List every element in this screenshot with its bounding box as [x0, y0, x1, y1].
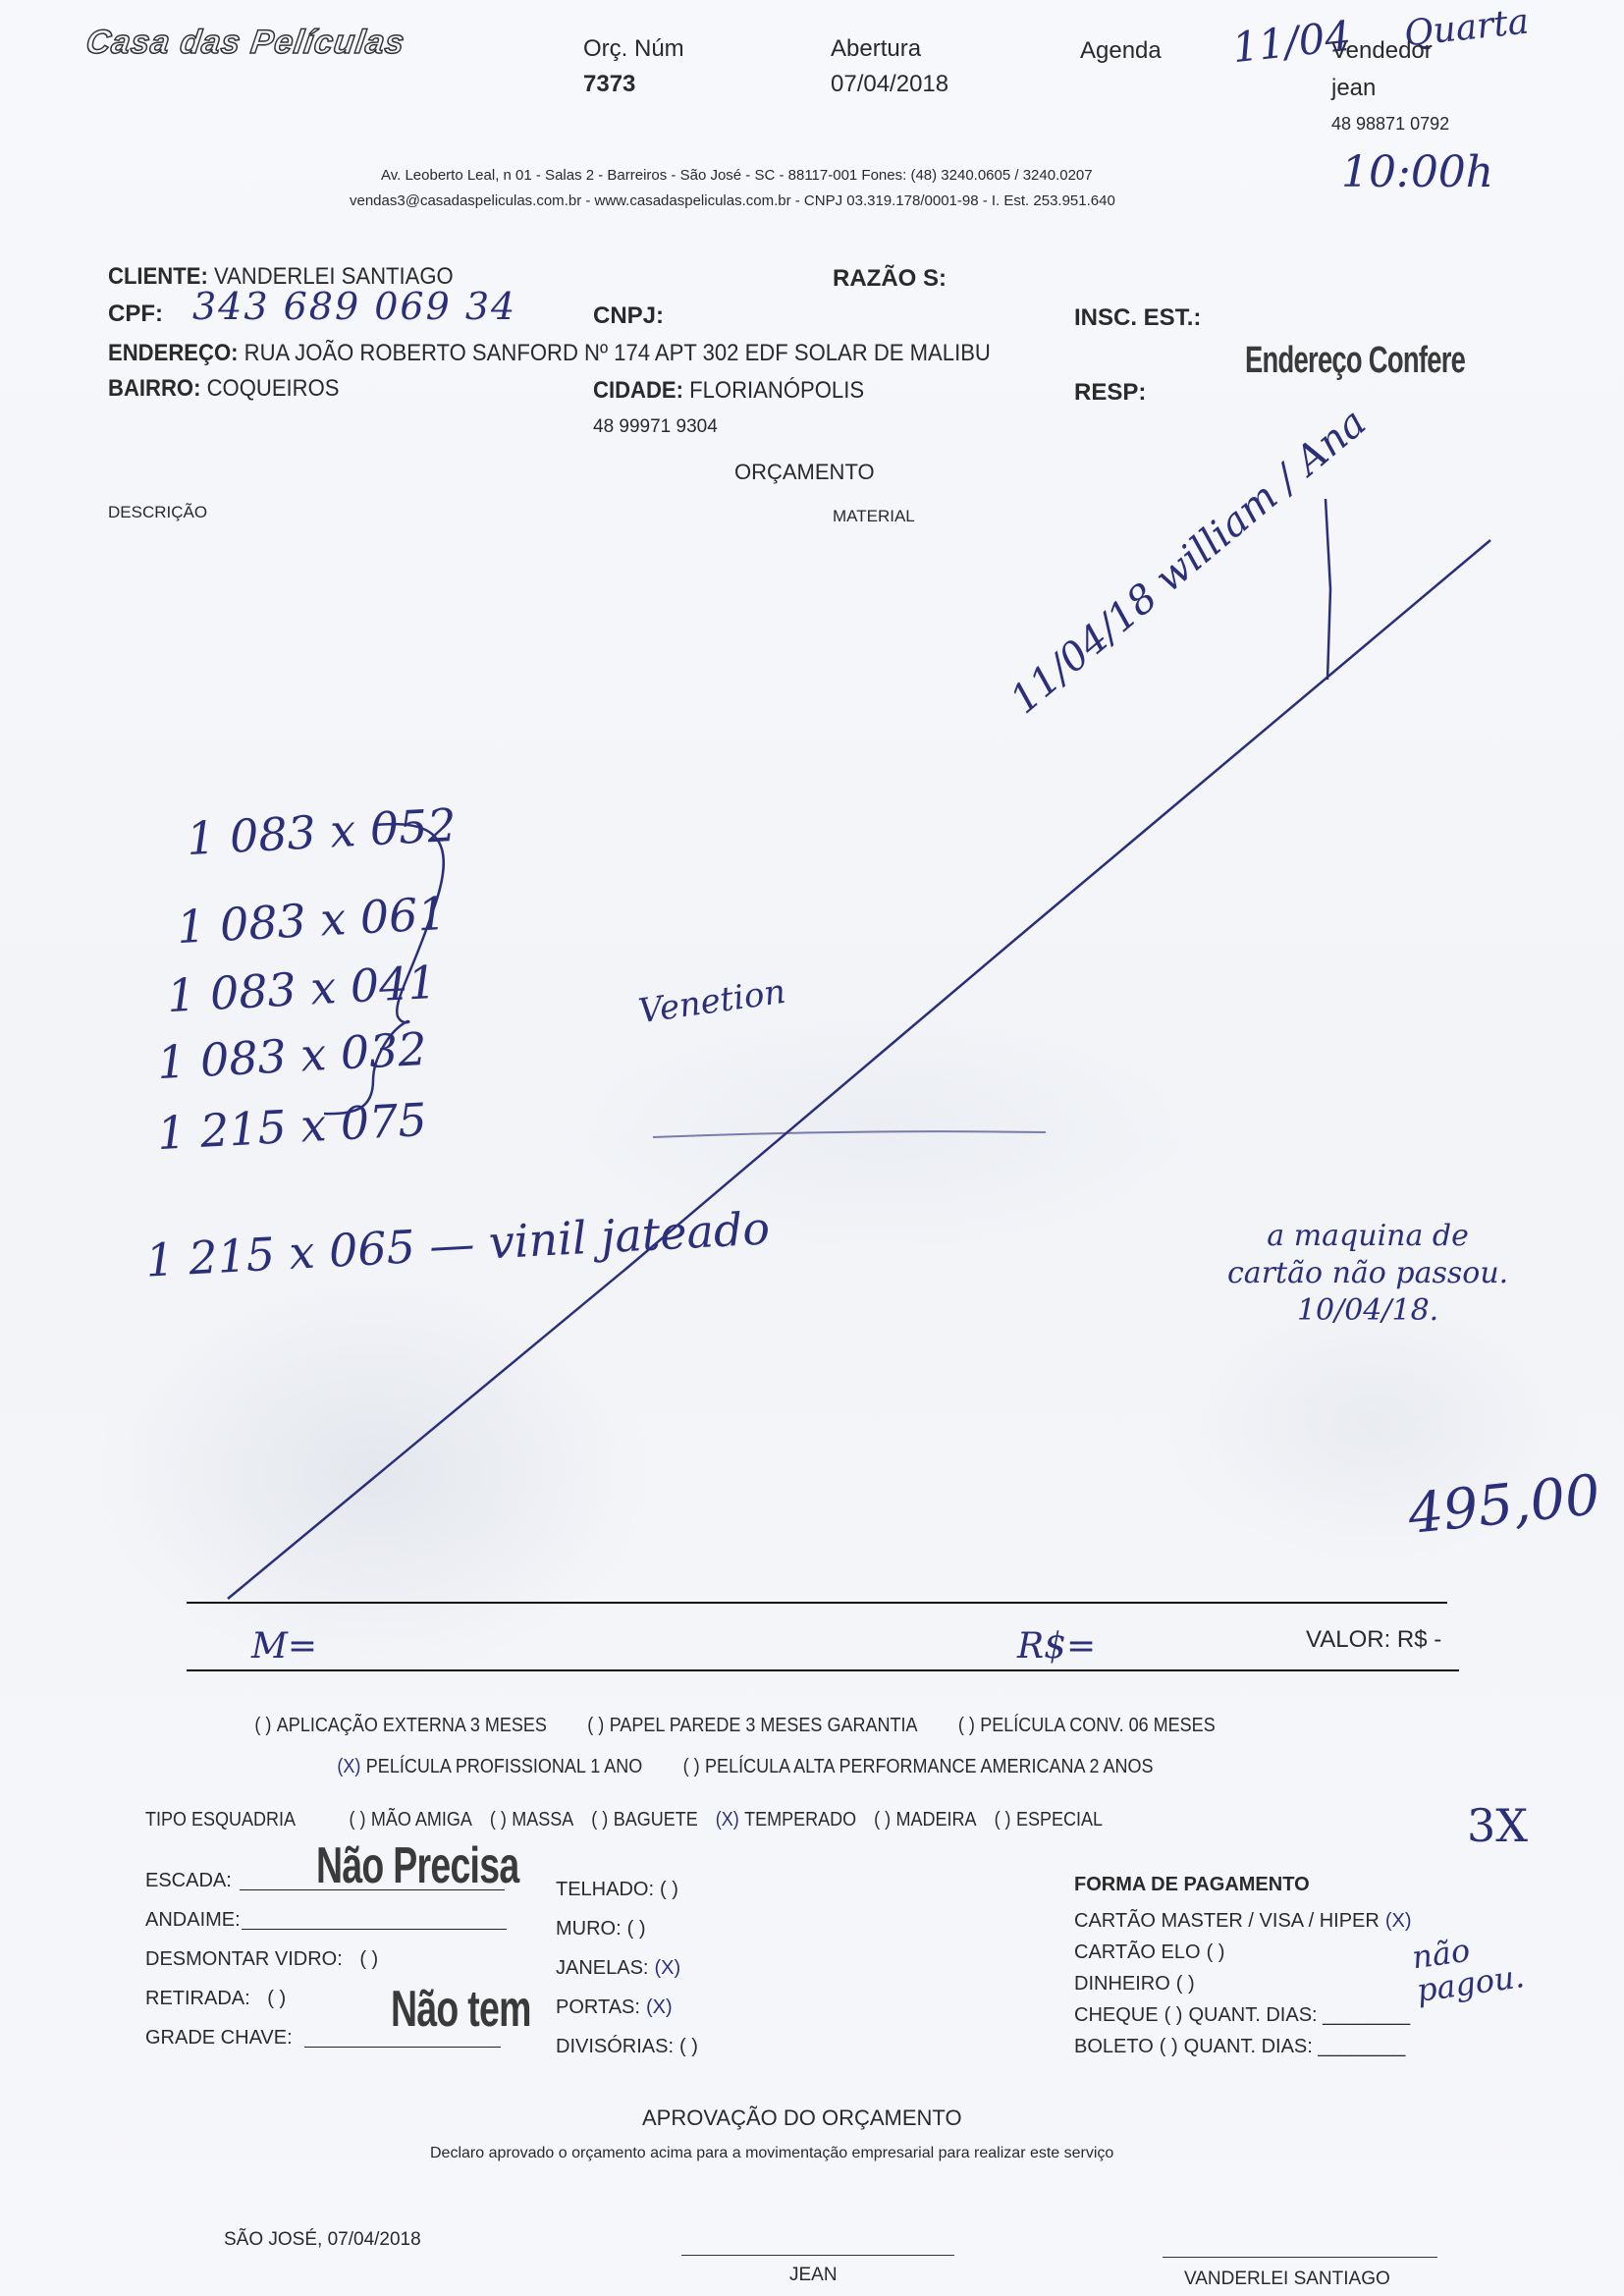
not-paid-note-handwritten: não pagou. — [1410, 1921, 1565, 2007]
janelas-label: JANELAS: — [556, 1957, 648, 1979]
approval-statement: Declaro aprovado o orçamento acima para … — [430, 2145, 1113, 2162]
installments-handwritten: 3X — [1467, 1799, 1528, 1852]
retirada-checkbox[interactable]: ( ) — [267, 1988, 286, 2009]
divisorias-checkbox[interactable]: ( ) — [679, 2036, 698, 2057]
resp-label: RESP: — [1074, 379, 1146, 407]
material-header: MATERIAL — [833, 507, 915, 526]
telhado-row: TELHADO:( ) — [556, 1870, 704, 1909]
divisorias-label: DIVISÓRIAS: — [556, 2036, 674, 2057]
andaime-line — [242, 1929, 507, 1930]
warranty-options-row-2: (X)PELÍCULA PROFISSIONAL 1 ANO( )PELÍCUL… — [332, 1756, 1189, 1778]
seller-signature-line — [681, 2255, 954, 2256]
esquadria-option: ( )MASSA — [484, 1809, 573, 1831]
warranty-checkbox[interactable]: (X) — [337, 1756, 360, 1777]
client-signature-name: VANDERLEI SANTIAGO — [1184, 2269, 1390, 2290]
payment-card-elo-label: CARTÃO ELO — [1074, 1941, 1201, 1963]
divisorias-row: DIVISÓRIAS:( ) — [556, 2027, 704, 2066]
card-note-line-3: 10/04/18. — [1227, 1292, 1508, 1330]
abertura-label: Abertura — [831, 35, 921, 63]
cidade-row: CIDADE: FLORIANÓPOLIS — [593, 377, 864, 405]
handwritten-item: 1 083 x 061 — [176, 887, 448, 954]
quant-dias-field[interactable]: QUANT. DIAS: ________ — [1188, 2004, 1410, 2026]
warranty-option-label: PELÍCULA CONV. 06 MESES — [980, 1715, 1215, 1736]
esquadria-option-label: MÃO AMIGA — [371, 1809, 472, 1831]
insc-est-label: INSC. EST.: — [1074, 304, 1201, 332]
payment-card-elo: CARTÃO ELO( ) — [1074, 1937, 1417, 1968]
muro-label: MURO: — [556, 1918, 622, 1940]
handwritten-item: 1 083 x 041 — [166, 956, 438, 1022]
grade-chave-line — [304, 2047, 501, 2048]
payment-cheque-label: CHEQUE — [1074, 2004, 1159, 2026]
handwritten-item: 1 215 x 075 — [156, 1093, 428, 1160]
handwritten-item: 1 215 x 065 — vinil jateado — [144, 1201, 771, 1286]
underline-stroke — [653, 1131, 1046, 1137]
warranty-checkbox[interactable]: ( ) — [587, 1715, 604, 1736]
cpf-handwritten: 343 689 069 34 — [192, 285, 516, 328]
document-page: Casa das Películas Orç. Núm 7373 Abertur… — [0, 0, 1624, 2296]
divider-line — [187, 1669, 1459, 1671]
esquadria-checkbox[interactable]: ( ) — [995, 1809, 1011, 1831]
seller-signature-name: JEAN — [789, 2265, 838, 2286]
telhado-label: TELHADO: — [556, 1879, 654, 1900]
payment-card-master-checkbox[interactable]: (X) — [1385, 1910, 1412, 1932]
company-address: Av. Leoberto Leal, n 01 - Salas 2 - Barr… — [381, 167, 1093, 184]
payment-title: FORMA DE PAGAMENTO — [1074, 1874, 1310, 1896]
warranty-checkbox[interactable]: ( ) — [683, 1756, 700, 1777]
escada-label: ESCADA: — [145, 1870, 232, 1892]
card-note-handwritten: a maquina de cartão não passou. 10/04/18… — [1227, 1218, 1508, 1330]
nao-precisa-stamp: Não Precisa — [316, 1836, 518, 1895]
portas-row: PORTAS:(X) — [556, 1988, 704, 2027]
bairro-row: BAIRRO: COQUEIROS — [108, 375, 340, 403]
cnpj-label: CNPJ: — [593, 302, 664, 330]
bairro-value: COQUEIROS — [207, 375, 340, 402]
total-handwritten: 495,00 — [1405, 1463, 1603, 1547]
esquadria-option: ( )MÃO AMIGA — [344, 1809, 472, 1831]
portas-checkbox[interactable]: (X) — [646, 1996, 673, 2018]
esquadria-option: (X)TEMPERADO — [710, 1809, 856, 1831]
payment-cash-checkbox[interactable]: ( ) — [1176, 1973, 1195, 1995]
grade-chave-label: GRADE CHAVE: — [145, 2027, 293, 2050]
warranty-option: (X)PELÍCULA PROFISSIONAL 1 ANO — [332, 1756, 642, 1777]
janelas-row: JANELAS:(X) — [556, 1948, 704, 1988]
quant-dias-field[interactable]: QUANT. DIAS: ________ — [1184, 2036, 1406, 2057]
schedule-time-handwritten: 10:00h — [1341, 147, 1493, 197]
valor-label: VALOR: R$ - — [1306, 1626, 1441, 1654]
bracket-material-handwritten: Venetion — [636, 972, 788, 1032]
esquadria-option-label: MADEIRA — [896, 1809, 977, 1831]
signoff-handwritten: 11/04/18 william / Ana — [1001, 400, 1375, 723]
divider-line — [187, 1602, 1447, 1604]
payment-methods: CARTÃO MASTER / VISA / HIPER(X)CARTÃO EL… — [1074, 1905, 1417, 2062]
esquadria-option-label: ESPECIAL — [1016, 1809, 1103, 1831]
endereco-row: ENDEREÇO: RUA JOÃO ROBERTO SANFORD Nº 17… — [108, 340, 991, 367]
esquadria-option-label: MASSA — [512, 1809, 573, 1831]
vendedor-name: jean — [1331, 75, 1376, 102]
payment-boleto-label: BOLETO — [1074, 2036, 1154, 2057]
warranty-option: ( )PELÍCULA CONV. 06 MESES — [952, 1715, 1215, 1736]
vendedor-label: Vendedor — [1331, 37, 1433, 65]
janelas-checkbox[interactable]: (X) — [654, 1957, 680, 1979]
warranty-checkbox[interactable]: ( ) — [958, 1715, 975, 1736]
warranty-option-label: PELÍCULA PROFISSIONAL 1 ANO — [366, 1756, 642, 1777]
telhado-checkbox[interactable]: ( ) — [660, 1879, 678, 1900]
desmontar-vidro-checkbox[interactable]: ( ) — [359, 1948, 378, 1970]
company-contact: vendas3@casadaspeliculas.com.br - www.ca… — [350, 192, 1115, 209]
endereco-label: ENDEREÇO: — [108, 340, 238, 366]
payment-boleto-checkbox[interactable]: ( ) — [1160, 2036, 1178, 2057]
esquadria-option-label: TEMPERADO — [744, 1809, 856, 1831]
payment-cheque: CHEQUE( )QUANT. DIAS: ________ — [1074, 1999, 1417, 2031]
endereco-confere-stamp: Endereço Confere — [1245, 340, 1465, 382]
payment-card-master-label: CARTÃO MASTER / VISA / HIPER — [1074, 1910, 1380, 1932]
card-note-line-1: a maquina de — [1227, 1218, 1508, 1255]
warranty-option: ( )PELÍCULA ALTA PERFORMANCE AMERICANA 2… — [677, 1756, 1153, 1777]
endereco-value: RUA JOÃO ROBERTO SANFORD Nº 174 APT 302 … — [244, 340, 991, 366]
esquadria-option-label: BAGUETE — [614, 1809, 698, 1831]
tipo-esquadria-label: TIPO ESQUADRIA — [145, 1809, 295, 1831]
payment-cash-label: DINHEIRO — [1074, 1973, 1170, 1995]
payment-boleto: BOLETO( )QUANT. DIAS: ________ — [1074, 2031, 1417, 2062]
company-logo: Casa das Películas — [83, 24, 407, 62]
payment-cash: DINHEIRO( ) — [1074, 1968, 1417, 1999]
cidade-label: CIDADE: — [593, 377, 683, 404]
esquadria-option: ( )BAGUETE — [586, 1809, 698, 1831]
warranty-option-label: APLICAÇÃO EXTERNA 3 MESES — [277, 1715, 547, 1736]
muro-checkbox[interactable]: ( ) — [627, 1918, 646, 1940]
approval-title: APROVAÇÃO DO ORÇAMENTO — [642, 2105, 962, 2131]
desmontar-vidro-row: DESMONTAR VIDRO: ( ) — [145, 1948, 378, 1971]
warranty-option-label: PAPEL PAREDE 3 MESES GARANTIA — [610, 1715, 918, 1736]
warranty-checkbox[interactable]: ( ) — [254, 1715, 271, 1736]
retirada-label: RETIRADA: — [145, 1988, 250, 2009]
esquadria-checkbox[interactable]: ( ) — [490, 1809, 507, 1831]
esquadria-checkbox[interactable]: ( ) — [349, 1809, 365, 1831]
abertura-value: 07/04/2018 — [831, 71, 948, 98]
handwritten-item: 1 083 x 052 — [186, 798, 458, 865]
esquadria-option: ( )ESPECIAL — [989, 1809, 1103, 1831]
retirada-row: RETIRADA: ( ) — [145, 1988, 286, 2010]
desmontar-vidro-label: DESMONTAR VIDRO: — [145, 1948, 343, 1970]
m-label-handwritten: M= — [251, 1626, 317, 1667]
handwritten-item: 1 083 x 032 — [156, 1022, 428, 1089]
payment-card-master: CARTÃO MASTER / VISA / HIPER(X) — [1074, 1905, 1417, 1937]
payment-cheque-checkbox[interactable]: ( ) — [1164, 2004, 1183, 2026]
client-signature-line — [1163, 2257, 1437, 2258]
orc-num-value: 7373 — [583, 71, 635, 98]
esquadria-checkbox[interactable]: (X) — [716, 1809, 739, 1831]
orc-num-label: Orç. Núm — [583, 35, 684, 63]
payment-card-elo-checkbox[interactable]: ( ) — [1207, 1941, 1225, 1963]
card-note-line-2: cartão não passou. — [1227, 1255, 1508, 1292]
esquadria-checkbox[interactable]: ( ) — [591, 1809, 608, 1831]
nao-tem-stamp: Não tem — [391, 1980, 531, 2039]
place-date: SÃO JOSÉ, 07/04/2018 — [224, 2229, 421, 2251]
esquadria-checkbox[interactable]: ( ) — [874, 1809, 891, 1831]
bairro-label: BAIRRO: — [108, 375, 200, 402]
warranty-option-label: PELÍCULA ALTA PERFORMANCE AMERICANA 2 AN… — [705, 1756, 1153, 1777]
andaime-label: ANDAIME: — [145, 1909, 241, 1932]
site-checklist: TELHADO:( )MURO:( )JANELAS:(X)PORTAS:(X)… — [556, 1870, 704, 2066]
portas-label: PORTAS: — [556, 1996, 640, 2018]
warranty-option: ( )APLICAÇÃO EXTERNA 3 MESES — [249, 1715, 547, 1736]
razao-label: RAZÃO S: — [833, 265, 947, 293]
signature-stroke — [1326, 499, 1330, 680]
warranty-option: ( )PAPEL PAREDE 3 MESES GARANTIA — [582, 1715, 918, 1736]
client-phone: 48 99971 9304 — [593, 416, 718, 438]
descricao-header: DESCRIÇÃO — [108, 503, 207, 522]
cpf-label: CPF: — [108, 301, 163, 328]
warranty-options-row-1: ( )APLICAÇÃO EXTERNA 3 MESES( )PAPEL PAR… — [249, 1715, 1251, 1737]
rs-label-handwritten: R$= — [1017, 1626, 1096, 1667]
cidade-value: FLORIANÓPOLIS — [689, 377, 864, 404]
esquadria-option: ( )MADEIRA — [869, 1809, 977, 1831]
agenda-label: Agenda — [1080, 37, 1162, 65]
vendedor-phone: 48 98871 0792 — [1331, 114, 1449, 135]
orcamento-title: ORÇAMENTO — [734, 460, 875, 485]
muro-row: MURO:( ) — [556, 1909, 704, 1948]
tipo-esquadria-row: TIPO ESQUADRIA ( )MÃO AMIGA( )MASSA( )BA… — [145, 1809, 1115, 1831]
